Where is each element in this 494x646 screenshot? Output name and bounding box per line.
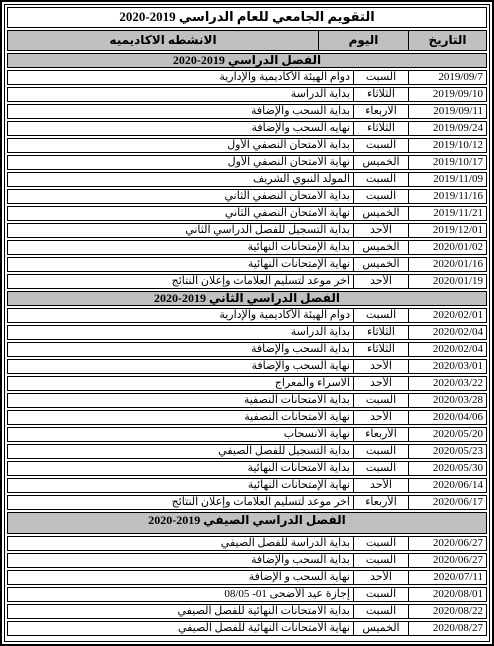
activity-cell: بداية الامتحانات النهائية للفصل الصيفي <box>8 605 353 618</box>
page-inner-frame: التقويم الجامعي للعام الدراسي 2019-2020 … <box>4 4 490 642</box>
day-cell: الثلاثاء <box>353 88 408 101</box>
activity-cell: بداية السحب والإضافة <box>8 105 353 118</box>
date-cell: 2020/05/23 <box>408 445 486 458</box>
day-cell: الأحد <box>353 479 408 492</box>
day-cell: السبت <box>353 394 408 407</box>
date-cell: 2019/09/11 <box>408 105 486 118</box>
date-cell: 2019/09/24 <box>408 122 486 135</box>
table-row: 2020/05/20 الأربعاء نهاية الانسحاب <box>7 427 487 442</box>
day-cell: السبت <box>353 537 408 550</box>
activity-cell: بداية السحب والإضافة <box>8 343 353 356</box>
activity-cell: أخر موعد لتسليم العلامات وإعلان النتائج <box>8 275 353 288</box>
activity-cell: نهاية الامتحانات النهائية للفصل الصيفي <box>8 622 353 635</box>
date-cell: 2020/03/28 <box>408 394 486 407</box>
table-row: 2019/10/12 السبت بداية الامتحان النصفي ا… <box>7 138 487 153</box>
activity-cell: دوام الهيئة الأكاديمية والإدارية <box>8 309 353 322</box>
table-header-row: التاريخ اليوم الانشطه الاكاديميه <box>7 30 487 51</box>
activity-cell: إجازة عيد الأضحى 01- 08/05 <box>8 588 353 601</box>
date-cell: 2020/01/02 <box>408 241 486 254</box>
activity-cell: بداية الامتحان النصفي الأول <box>8 139 353 152</box>
date-cell: 2020/02/01 <box>408 309 486 322</box>
day-cell: الأحد <box>353 377 408 390</box>
day-cell: الأحد <box>353 275 408 288</box>
semester-section-header: الفصل الدراسي الثاني 2019-2020 <box>7 291 487 306</box>
activity-cell: نهاية الامتحان النصفي الثاني <box>8 207 353 220</box>
day-cell: السبت <box>353 309 408 322</box>
table-row: 2020/06/27 السبت بداية السحب والإضافة <box>7 553 487 568</box>
date-cell: 2019/11/16 <box>408 190 486 203</box>
day-cell: الأحد <box>353 571 408 584</box>
day-cell: السبت <box>353 71 408 84</box>
table-row: 2020/02/04 الثلاثاء بداية السحب والإضافة <box>7 342 487 357</box>
day-cell: الثلاثاء <box>353 122 408 135</box>
table-row: 2020/02/01 السبت دوام الهيئة الأكاديمية … <box>7 308 487 323</box>
table-row: 2019/11/16 السبت بداية الامتحان النصفي ا… <box>7 189 487 204</box>
date-cell: 2020/02/04 <box>408 343 486 356</box>
date-cell: 2019/11/21 <box>408 207 486 220</box>
day-cell: الأربعاء <box>353 496 408 509</box>
date-cell: 2020/02/04 <box>408 326 486 339</box>
table-row: 2019/11/09 السبت المولد النبوي الشريف <box>7 172 487 187</box>
day-cell: الخميس <box>353 207 408 220</box>
date-cell: 2020/05/20 <box>408 428 486 441</box>
table-row: 2020/01/02 الخميس بداية الإمتحانات النها… <box>7 240 487 255</box>
activity-cell: نهاية السحب و الإضافة <box>8 571 353 584</box>
table-row: 2020/07/11 الأحد نهاية السحب و الإضافة <box>7 570 487 585</box>
activity-cell: نهاية الإمتحانات النهائية <box>8 258 353 271</box>
day-cell: السبت <box>353 605 408 618</box>
day-cell: الثلاثاء <box>353 343 408 356</box>
day-cell: الخميس <box>353 156 408 169</box>
activity-cell: المولد النبوي الشريف <box>8 173 353 186</box>
table-row: 2020/01/19 الأحد أخر موعد لتسليم العلاما… <box>7 274 487 289</box>
day-cell: الاربعاء <box>353 105 408 118</box>
date-cell: 2020/08/27 <box>408 622 486 635</box>
date-cell: 2020/08/22 <box>408 605 486 618</box>
date-cell: 2020/06/27 <box>408 537 486 550</box>
day-cell: الأحد <box>353 224 408 237</box>
date-cell: 2020/01/16 <box>408 258 486 271</box>
table-row: 2020/08/22 السبت بداية الامتحانات النهائ… <box>7 604 487 619</box>
activity-cell: دوام الهيئة الأكاديمية والإدارية <box>8 71 353 84</box>
date-cell: 2020/06/27 <box>408 554 486 567</box>
activity-cell: نهاية الإمتحانات النهائية <box>8 479 353 492</box>
activity-cell: نهاية السحب والإضافة <box>8 360 353 373</box>
table-row: 2020/08/01 السبت إجازة عيد الأضحى 01- 08… <box>7 587 487 602</box>
date-cell: 2019/10/17 <box>408 156 486 169</box>
date-cell: 2020/05/30 <box>408 462 486 475</box>
day-cell: السبت <box>353 445 408 458</box>
day-cell: الثلاثاء <box>353 326 408 339</box>
table-row: 2019/11/21 الخميس نهاية الامتحان النصفي … <box>7 206 487 221</box>
column-header-activities: الانشطه الاكاديميه <box>8 31 318 50</box>
table-row: 2020/05/30 السبت بداية الامتحانات النهائ… <box>7 461 487 476</box>
day-cell: الخميس <box>353 258 408 271</box>
date-cell: 2020/01/19 <box>408 275 486 288</box>
activity-cell: بداية الدراسة <box>8 326 353 339</box>
activity-cell: بداية الامتحانات النصفية <box>8 394 353 407</box>
day-cell: السبت <box>353 190 408 203</box>
table-row: 2019/12/01 الأحد بداية التسجيل للفصل الد… <box>7 223 487 238</box>
activity-cell: نهاية الانسحاب <box>8 428 353 441</box>
table-row: 2020/03/01 الأحد نهاية السحب والإضافة <box>7 359 487 374</box>
semester-section-header: الفصل الدراسي 2019-2020 <box>7 53 487 68</box>
date-cell: 2019/10/12 <box>408 139 486 152</box>
date-cell: 2020/07/11 <box>408 571 486 584</box>
activity-cell: بداية التسجيل للفصل الدراسي الثاني <box>8 224 353 237</box>
page-title: التقويم الجامعي للعام الدراسي 2019-2020 <box>7 7 487 28</box>
date-cell: 2020/08/01 <box>408 588 486 601</box>
calendar-table-body: الفصل الدراسي 2019-2020 2019/09/7 السبت … <box>7 53 487 636</box>
document-page: التقويم الجامعي للعام الدراسي 2019-2020 … <box>0 0 494 646</box>
column-header-day: اليوم <box>318 31 408 50</box>
day-cell: الأحد <box>353 411 408 424</box>
table-row: 2020/02/04 الثلاثاء بداية الدراسة <box>7 325 487 340</box>
activity-cell: أخر موعد لتسليم العلامات وإعلان النتائج <box>8 496 353 509</box>
activity-cell: بداية السحب والإضافة <box>8 554 353 567</box>
activity-cell: بداية الإمتحانات النهائية <box>8 241 353 254</box>
activity-cell: الاسراء والمعراج <box>8 377 353 390</box>
activity-cell: بداية الدراسة للفصل الصيفي <box>8 537 353 550</box>
date-cell: 2019/09/7 <box>408 71 486 84</box>
column-header-date: التاريخ <box>408 31 486 50</box>
activity-cell: بداية الامتحان النصفي الثاني <box>8 190 353 203</box>
day-cell: الأحد <box>353 360 408 373</box>
date-cell: 2020/06/17 <box>408 496 486 509</box>
day-cell: السبت <box>353 588 408 601</box>
table-row: 2019/09/7 السبت دوام الهيئة الأكاديمية و… <box>7 70 487 85</box>
date-cell: 2019/09/10 <box>408 88 486 101</box>
day-cell: السبت <box>353 462 408 475</box>
day-cell: السبت <box>353 554 408 567</box>
day-cell: السبت <box>353 139 408 152</box>
date-cell: 2020/06/14 <box>408 479 486 492</box>
semester-section-header: الفصل الدراسي الصيفي 2019-2020 <box>7 512 487 534</box>
date-cell: 2019/11/09 <box>408 173 486 186</box>
activity-cell: بداية الامتحانات النهائية <box>8 462 353 475</box>
date-cell: 2019/12/01 <box>408 224 486 237</box>
table-row: 2020/03/28 السبت بداية الامتحانات النصفي… <box>7 393 487 408</box>
activity-cell: بداية الدراسة <box>8 88 353 101</box>
table-row: 2020/06/14 الأحد نهاية الإمتحانات النهائ… <box>7 478 487 493</box>
table-row: 2020/05/23 السبت بداية التسجيل للفصل الص… <box>7 444 487 459</box>
table-row: 2020/06/27 السبت بداية الدراسة للفصل الص… <box>7 536 487 551</box>
day-cell: الأربعاء <box>353 428 408 441</box>
table-row: 2019/09/24 الثلاثاء نهايه السحب والإضافة <box>7 121 487 136</box>
day-cell: الخميس <box>353 622 408 635</box>
table-row: 2020/01/16 الخميس نهاية الإمتحانات النها… <box>7 257 487 272</box>
activity-cell: نهايه السحب والإضافة <box>8 122 353 135</box>
table-row: 2019/09/11 الاربعاء بداية السحب والإضافة <box>7 104 487 119</box>
table-row: 2020/04/06 الأحد نهاية الامتحانات النصفي… <box>7 410 487 425</box>
activity-cell: بداية التسجيل للفصل الصيفي <box>8 445 353 458</box>
activity-cell: نهاية الامتحان النصفي الأول <box>8 156 353 169</box>
activity-cell: نهاية الامتحانات النصفية <box>8 411 353 424</box>
day-cell: الخميس <box>353 241 408 254</box>
table-row: 2019/09/10 الثلاثاء بداية الدراسة <box>7 87 487 102</box>
table-row: 2020/08/27 الخميس نهاية الامتحانات النها… <box>7 621 487 636</box>
table-row: 2020/06/17 الأربعاء أخر موعد لتسليم العل… <box>7 495 487 510</box>
day-cell: السبت <box>353 173 408 186</box>
table-row: 2020/03/22 الأحد الاسراء والمعراج <box>7 376 487 391</box>
table-row: 2019/10/17 الخميس نهاية الامتحان النصفي … <box>7 155 487 170</box>
date-cell: 2020/03/22 <box>408 377 486 390</box>
date-cell: 2020/03/01 <box>408 360 486 373</box>
date-cell: 2020/04/06 <box>408 411 486 424</box>
